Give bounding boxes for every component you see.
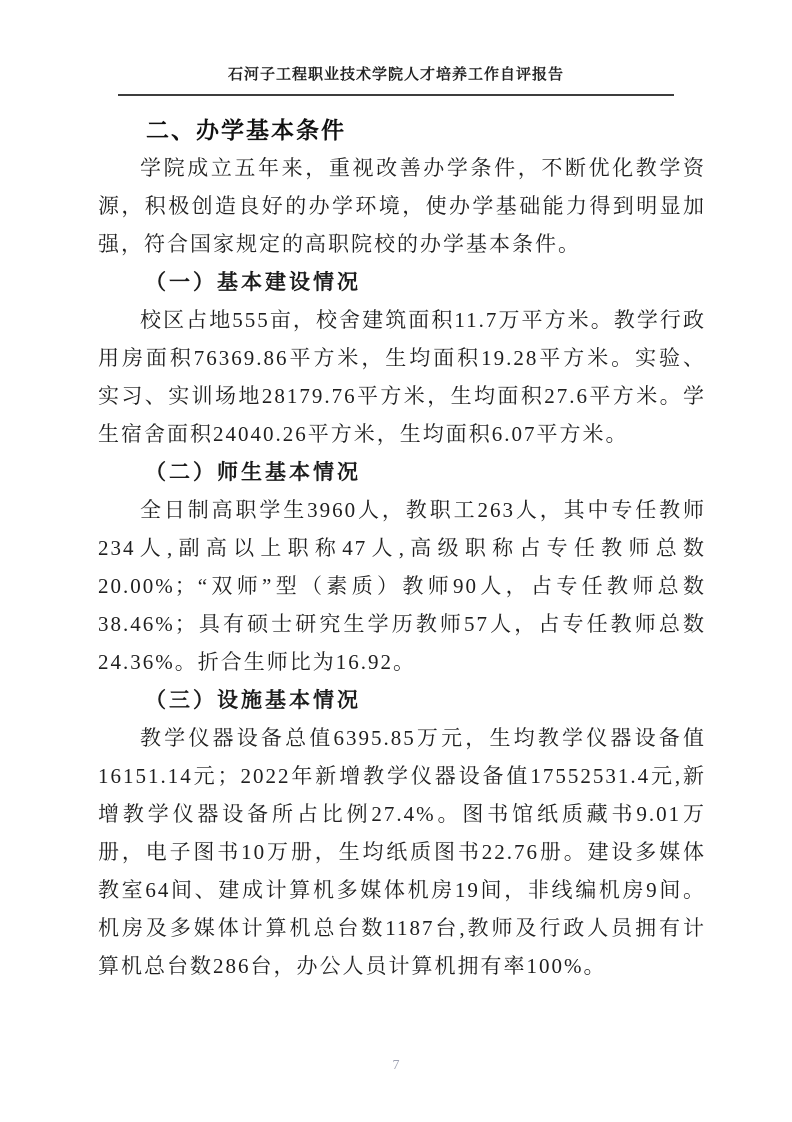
faculty-students-paragraph: 全日制高职学生3960人，教职工263人，其中专任教师234人,副高以上职称47…: [98, 491, 706, 681]
document-page: 石河子工程职业技术学院人才培养工作自评报告 二、办学基本条件 学院成立五年来，重…: [0, 0, 792, 1122]
page-number: 7: [393, 1058, 400, 1073]
subsection-heading-facilities: （三）设施基本情况: [98, 681, 706, 719]
document-body: 二、办学基本条件 学院成立五年来，重视改善办学条件，不断优化教学资源，积极创造良…: [98, 96, 706, 985]
page-header: 石河子工程职业技术学院人才培养工作自评报告: [118, 0, 674, 96]
subsection-heading-faculty-students: （二）师生基本情况: [98, 453, 706, 491]
page-footer: 7: [0, 1056, 792, 1076]
construction-paragraph: 校区占地555亩，校舍建筑面积11.7万平方米。教学行政用房面积76369.86…: [98, 301, 706, 453]
section-heading: 二、办学基本条件: [98, 111, 706, 149]
subsection-heading-construction: （一）基本建设情况: [98, 263, 706, 301]
header-title: 石河子工程职业技术学院人才培养工作自评报告: [228, 64, 564, 94]
facilities-paragraph: 教学仪器设备总值6395.85万元，生均教学仪器设备值16151.14元；202…: [98, 719, 706, 985]
intro-paragraph: 学院成立五年来，重视改善办学条件，不断优化教学资源，积极创造良好的办学环境，使办…: [98, 149, 706, 263]
